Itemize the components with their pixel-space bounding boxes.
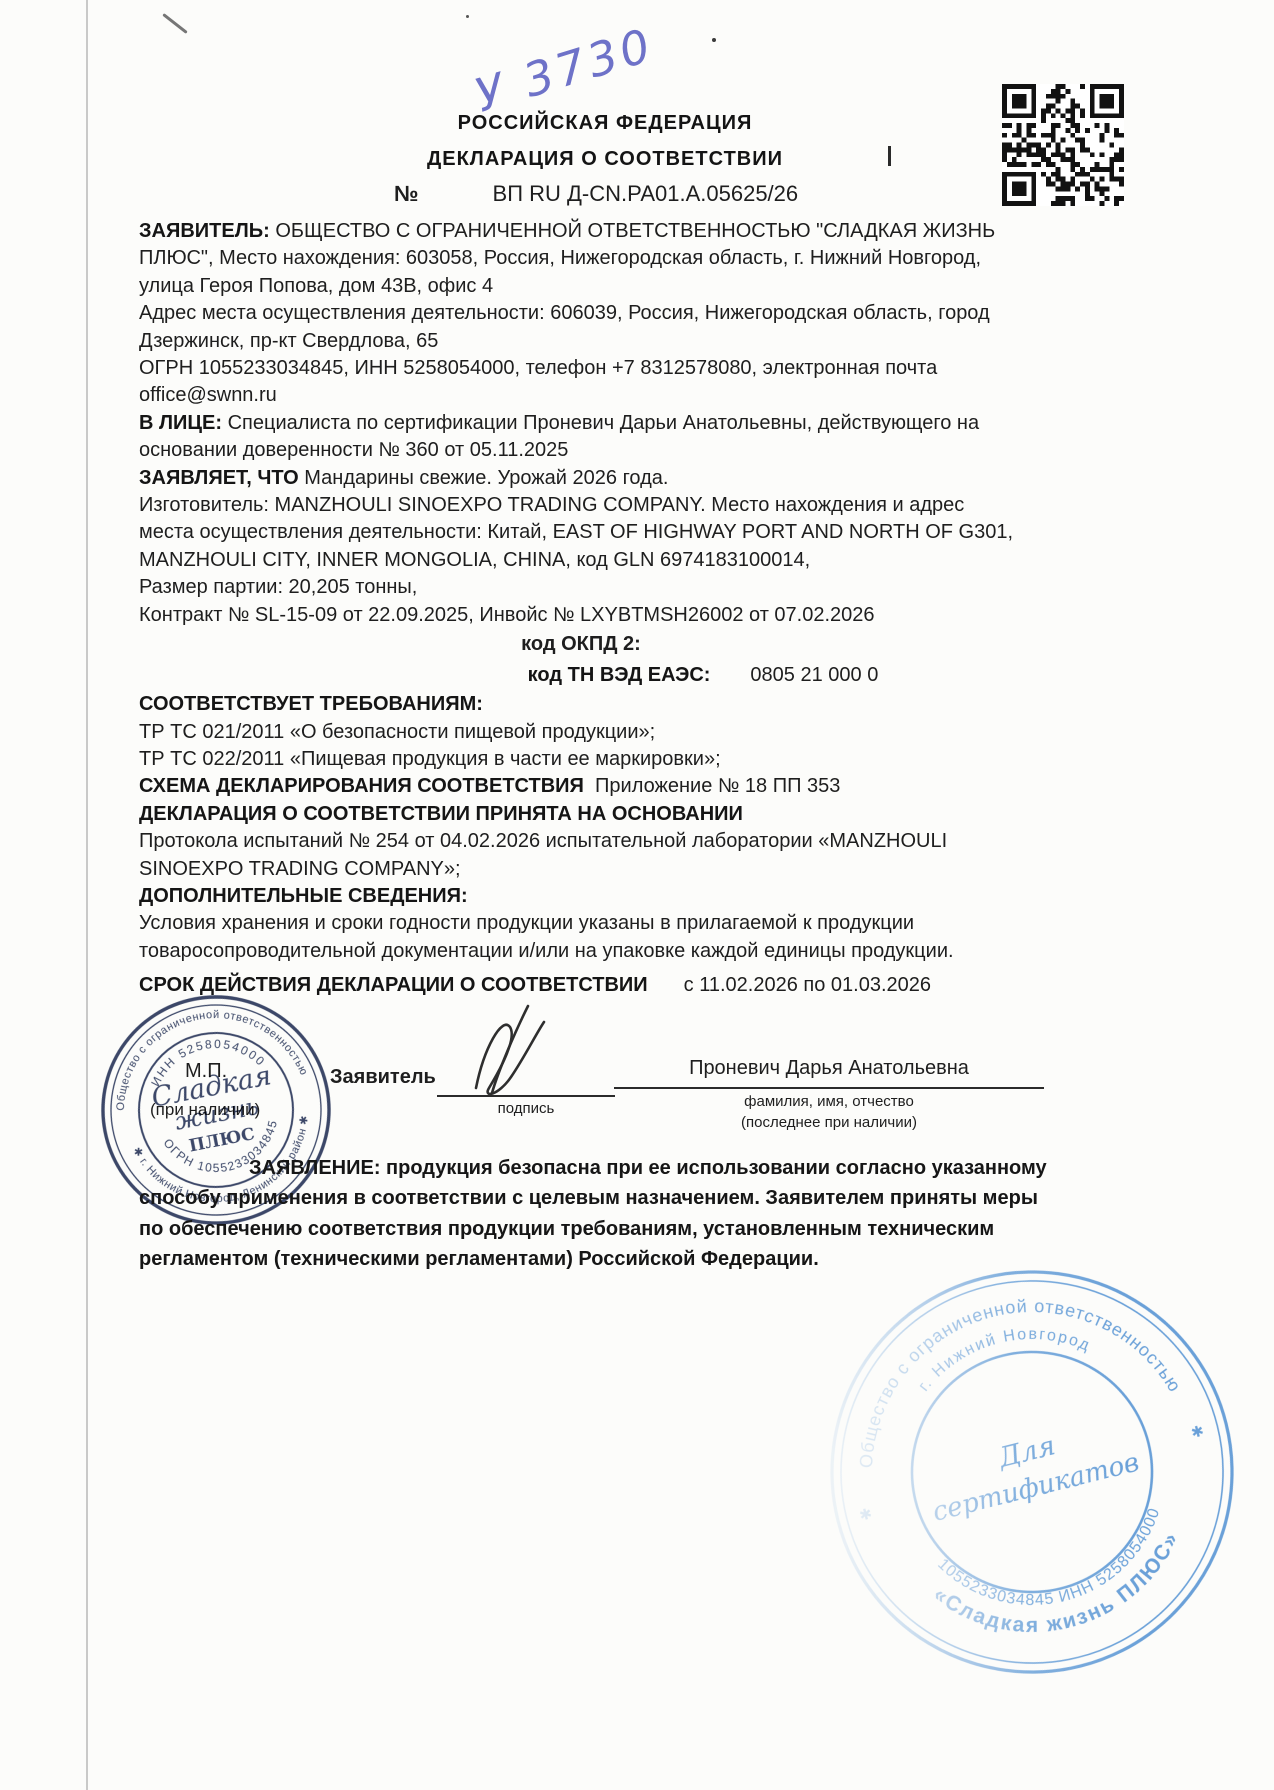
basis-text: Протокола испытаний № 254 от 04.02.2026 … [139, 828, 1023, 883]
in-person-paragraph: В ЛИЦЕ: Специалиста по сертификации Прон… [139, 410, 1023, 465]
signer-name-caption: фамилия, имя, отчество [614, 1093, 1044, 1110]
ogrn-line: ОГРН 1055233034845, ИНН 5258054000, теле… [139, 355, 1023, 410]
handwritten-number: У 3730 [469, 0, 772, 123]
scheme-line: СХЕМА ДЕКЛАРИРОВАНИЯ СООТВЕТСТВИЯ Прилож… [139, 773, 1023, 800]
activity-address: Адрес места осуществления деятельности: … [139, 300, 1023, 355]
additional-text: Условия хранения и сроки годности продук… [139, 910, 1023, 965]
cert-stamp-city-text: г. Нижний Новгород [908, 1308, 1097, 1397]
signature-line [437, 1095, 615, 1097]
signature-scribble [432, 1000, 622, 1100]
document-page: У 3730 РОССИЙСКАЯ ФЕДЕРАЦИЯ ДЕКЛАРАЦИЯ О… [0, 0, 1274, 1790]
compliance-item: ТР ТС 021/2011 «О безопасности пищевой п… [139, 719, 1023, 746]
certificates-round-stamp: Общество с ограниченной ответственностью… [777, 1217, 1274, 1726]
compliance-heading: СООТВЕТСТВУЕТ ТРЕБОВАНИЯМ: [139, 691, 1023, 718]
additional-heading: ДОПОЛНИТЕЛЬНЫЕ СВЕДЕНИЯ: [139, 883, 1023, 910]
country-title: РОССИЙСКАЯ ФЕДЕРАЦИЯ [150, 112, 1060, 135]
document-body: ЗАЯВИТЕЛЬ: ОБЩЕСТВО С ОГРАНИЧЕННОЙ ОТВЕТ… [139, 218, 1023, 1000]
tnved-code-row: код ТН ВЭД ЕАЭС: 0805 21 000 0 [261, 660, 1145, 691]
scan-edge-artifact [86, 0, 88, 1790]
number-value: ВП RU Д-CN.РА01.А.05625/26 [493, 181, 799, 207]
signer-name-caption: (последнее при наличии) [614, 1114, 1044, 1131]
okpd-code-label: код ОКПД 2: [139, 629, 1023, 660]
tnved-label: код ТН ВЭД ЕАЭС: [528, 660, 711, 691]
declares-paragraph: ЗАЯВЛЯЕТ, ЧТО Мандарины свежие. Урожай 2… [139, 465, 1023, 492]
document-title: ДЕКЛАРАЦИЯ О СООТВЕТСТВИИ [150, 148, 1060, 171]
cert-stamp-star: ✱ [858, 1505, 874, 1525]
pen-mark-artifact [162, 13, 187, 34]
qr-code [1002, 84, 1124, 206]
applicant-signature-label: Заявитель [330, 1066, 436, 1089]
svg-text:г. Нижний Новгород: г. Нижний Новгород [908, 1308, 1097, 1397]
validity-value: с 11.02.2026 по 01.03.2026 [684, 972, 931, 999]
compliance-item: ТР ТС 022/2011 «Пищевая продукция в част… [139, 746, 1023, 773]
contract-line: Контракт № SL-15-09 от 22.09.2025, Инвой… [139, 602, 1023, 629]
basis-heading: ДЕКЛАРАЦИЯ О СООТВЕТСТВИИ ПРИНЯТА НА ОСН… [139, 801, 1023, 828]
signature-caption: подпись [437, 1100, 615, 1117]
declaration-number: № ВП RU Д-CN.РА01.А.05625/26 [394, 181, 798, 207]
scan-dot-artifact [466, 15, 469, 18]
signer-name: Проневич Дарья Анатольевна [616, 1057, 1042, 1080]
manufacturer-paragraph: Изготовитель: MANZHOULI SINOEXPO TRADING… [139, 492, 1023, 574]
applicant-paragraph: ЗАЯВИТЕЛЬ: ОБЩЕСТВО С ОГРАНИЧЕННОЙ ОТВЕТ… [139, 218, 1023, 300]
batch-size: Размер партии: 20,205 тонны, [139, 574, 1023, 601]
signer-name-line [614, 1087, 1044, 1089]
number-sign: № [394, 181, 419, 207]
tnved-value: 0805 21 000 0 [750, 660, 878, 691]
cert-stamp-star: ✱ [1189, 1422, 1205, 1442]
statement-paragraph: ЗАЯВЛЕНИЕ: продукция безопасна при ее ис… [139, 1153, 1047, 1275]
